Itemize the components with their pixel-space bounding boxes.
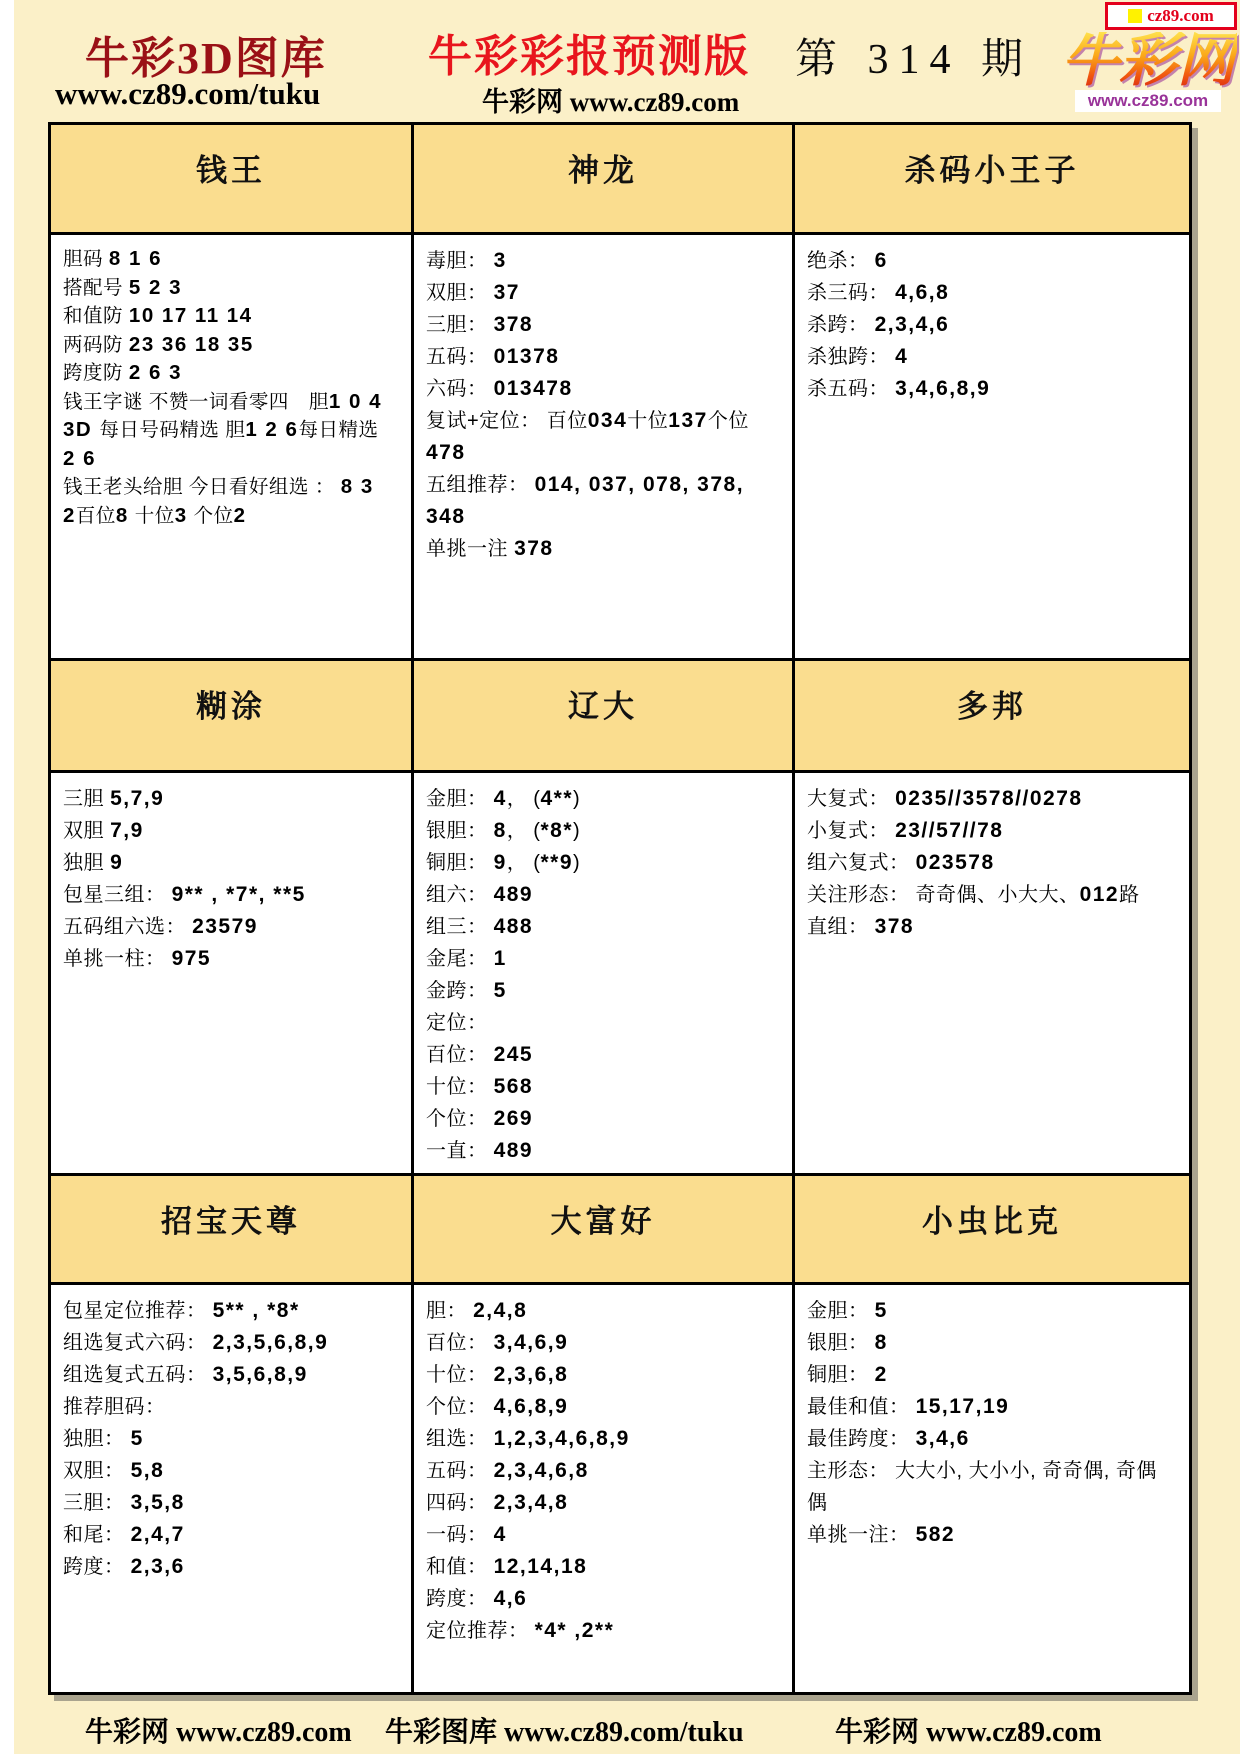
badge-text: cz89.com — [1147, 6, 1214, 26]
prediction-line: 双胆： 5,8 — [63, 1455, 387, 1487]
prediction-line: 十位： 568 — [426, 1071, 768, 1103]
prediction-line: 直组： 378 — [807, 911, 1165, 943]
prediction-line: 最佳和值： 15,17,19 — [807, 1391, 1165, 1423]
prediction-line: 单挑一注 378 — [426, 533, 768, 565]
prediction-line: 金胆： 4， (4**) — [426, 783, 768, 815]
prediction-line: 包星三组： 9** , *7*, **5 — [63, 879, 387, 911]
yellow-square-icon — [1128, 9, 1142, 23]
tuku-url: www.cz89.com/tuku — [55, 76, 320, 112]
prediction-line: 组三： 488 — [426, 911, 768, 943]
panel-zhaobao-tianzun-content: 包星定位推荐： 5** , *8*组选复式六码： 2,3,5,6,8,9组选复式… — [51, 1285, 414, 1692]
prediction-line: 双胆 7,9 — [63, 815, 387, 847]
panel-qianwang-content: 胆码 8 1 6搭配号 5 2 3和值防 10 17 11 14两码防 23 3… — [51, 235, 414, 661]
prediction-line: 包星定位推荐： 5** , *8* — [63, 1295, 387, 1327]
prediction-line: 铜胆： 9， (**9) — [426, 847, 768, 879]
cz89-badge: cz89.com — [1105, 2, 1237, 30]
panel-duobang-content: 大复式： 0235//3578//0278小复式： 23//57//78组六复式… — [795, 773, 1189, 1176]
prediction-line: 大复式： 0235//3578//0278 — [807, 783, 1165, 815]
panel-zhaobao-tianzun-header: 招宝天尊 — [51, 1176, 414, 1285]
panel-duobang-header: 多邦 — [795, 661, 1189, 773]
prediction-line: 毒胆： 3 — [426, 245, 768, 277]
prediction-line: 复试+定位： 百位034十位137个位478 — [426, 405, 768, 469]
prediction-line: 五码： 01378 — [426, 341, 768, 373]
brand-logo-url: www.cz89.com — [1075, 90, 1221, 112]
panel-shenlong-content: 毒胆： 3双胆： 37三胆： 378五码： 01378六码： 013478复试+… — [414, 235, 795, 661]
prediction-line: 三胆： 378 — [426, 309, 768, 341]
issue-number: 第 314 期 — [795, 26, 1033, 86]
prediction-line: 金跨： 5 — [426, 975, 768, 1007]
prediction-line: 三胆： 3,5,8 — [63, 1487, 387, 1519]
prediction-line: 五码组六选： 23579 — [63, 911, 387, 943]
prediction-line: 双胆： 37 — [426, 277, 768, 309]
prediction-line: 银胆： 8， (*8*) — [426, 815, 768, 847]
prediction-line: 一码： 4 — [426, 1519, 768, 1551]
page-left-margin — [0, 0, 14, 1754]
prediction-line: 独胆 9 — [63, 847, 387, 879]
panel-shama-xiaowangzi-content: 绝杀： 6杀三码： 4,6,8杀跨： 2,3,4,6杀独跨： 4杀五码： 3,4… — [795, 235, 1189, 661]
prediction-line: 跨度防 2 6 3 — [63, 359, 387, 388]
prediction-line: 组选复式五码： 3,5,6,8,9 — [63, 1359, 387, 1391]
prediction-line: 银胆： 8 — [807, 1327, 1165, 1359]
panel-shenlong-header: 神龙 — [414, 125, 795, 235]
lottery-bulletin-page: 牛彩3D图库 牛彩彩报预测版 第 314 期 www.cz89.com/tuku… — [0, 0, 1240, 1754]
prediction-line: 杀三码： 4,6,8 — [807, 277, 1165, 309]
edition-title: 牛彩彩报预测版 — [428, 20, 750, 84]
prediction-line: 十位： 2,3,6,8 — [426, 1359, 768, 1391]
prediction-line: 杀独跨： 4 — [807, 341, 1165, 373]
prediction-line: 五组推荐： 014, 037, 078, 378, 348 — [426, 469, 768, 533]
prediction-line: 单挑一注： 582 — [807, 1519, 1165, 1551]
panel-dafuhao-content: 胆： 2,4,8百位： 3,4,6,9十位： 2,3,6,8个位： 4,6,8,… — [414, 1285, 795, 1692]
prediction-line: 两码防 23 36 18 35 — [63, 331, 387, 360]
prediction-line: 杀五码： 3,4,6,8,9 — [807, 373, 1165, 405]
site-logo: cz89.com 牛彩网 www.cz89.com — [1059, 2, 1237, 112]
prediction-line: 推荐胆码： — [63, 1391, 387, 1423]
footer-left: 牛彩网 www.cz89.com — [85, 1710, 352, 1750]
prediction-line: 组选复式六码： 2,3,5,6,8,9 — [63, 1327, 387, 1359]
panel-dafuhao-header: 大富好 — [414, 1176, 795, 1285]
prediction-line: 和尾： 2,4,7 — [63, 1519, 387, 1551]
prediction-line: 金胆： 5 — [807, 1295, 1165, 1327]
prediction-line: 三胆 5,7,9 — [63, 783, 387, 815]
brand-logo-text: 牛彩网 — [1059, 32, 1237, 90]
footer-right: 牛彩网 www.cz89.com — [835, 1710, 1102, 1750]
panel-qianwang-header: 钱王 — [51, 125, 414, 235]
panel-xiaochong-bike-header: 小虫比克 — [795, 1176, 1189, 1285]
prediction-line: 和值防 10 17 11 14 — [63, 302, 387, 331]
prediction-line: 绝杀： 6 — [807, 245, 1165, 277]
prediction-line: 个位： 269 — [426, 1103, 768, 1135]
prediction-line: 小复式： 23//57//78 — [807, 815, 1165, 847]
footer-center: 牛彩图库 www.cz89.com/tuku — [385, 1710, 744, 1750]
prediction-line: 胆码 8 1 6 — [63, 245, 387, 274]
prediction-line: 单挑一柱： 975 — [63, 943, 387, 975]
prediction-line: 铜胆： 2 — [807, 1359, 1165, 1391]
prediction-line: 一直： 489 — [426, 1135, 768, 1167]
prediction-line: 3D 每日号码精选 胆1 2 6每日精选 2 6 — [63, 416, 387, 473]
panel-hutu-content: 三胆 5,7,9双胆 7,9独胆 9包星三组： 9** , *7*, **5五码… — [51, 773, 414, 1176]
prediction-line: 钱王老头给胆 今日看好组选 ： 8 3 2百位8 十位3 个位2 — [63, 473, 387, 530]
prediction-line: 搭配号 5 2 3 — [63, 274, 387, 303]
prediction-line: 胆： 2,4,8 — [426, 1295, 768, 1327]
prediction-line: 杀跨： 2,3,4,6 — [807, 309, 1165, 341]
panel-liaoda-content: 金胆： 4， (4**)银胆： 8， (*8*)铜胆： 9， (**9)组六： … — [414, 773, 795, 1176]
prediction-line: 百位： 3,4,6,9 — [426, 1327, 768, 1359]
prediction-line: 组选： 1,2,3,4,6,8,9 — [426, 1423, 768, 1455]
prediction-line: 独胆： 5 — [63, 1423, 387, 1455]
prediction-line: 组六： 489 — [426, 879, 768, 911]
panel-shama-xiaowangzi-header: 杀码小王子 — [795, 125, 1189, 235]
prediction-line: 主形态： 大大小, 大小小, 奇奇偶, 奇偶偶 — [807, 1455, 1165, 1519]
prediction-line: 钱王字谜 不赞一词看零四 胆1 0 4 — [63, 388, 387, 417]
page-footer: 牛彩网 www.cz89.com 牛彩图库 www.cz89.com/tuku … — [0, 1702, 1240, 1752]
site-url: 牛彩网 www.cz89.com — [482, 80, 739, 119]
prediction-line: 六码： 013478 — [426, 373, 768, 405]
prediction-board: 钱王神龙杀码小王子胆码 8 1 6搭配号 5 2 3和值防 10 17 11 1… — [48, 122, 1192, 1695]
prediction-line: 跨度： 2,3,6 — [63, 1551, 387, 1583]
panel-hutu-header: 糊涂 — [51, 661, 414, 773]
prediction-line: 最佳跨度： 3,4,6 — [807, 1423, 1165, 1455]
prediction-line: 金尾： 1 — [426, 943, 768, 975]
prediction-line: 和值： 12,14,18 — [426, 1551, 768, 1583]
prediction-line: 五码： 2,3,4,6,8 — [426, 1455, 768, 1487]
panel-xiaochong-bike-content: 金胆： 5银胆： 8铜胆： 2最佳和值： 15,17,19最佳跨度： 3,4,6… — [795, 1285, 1189, 1692]
prediction-line: 关注形态： 奇奇偶、小大大、012路 — [807, 879, 1165, 911]
prediction-line: 定位推荐： *4* ,2** — [426, 1615, 768, 1647]
prediction-line: 跨度： 4,6 — [426, 1583, 768, 1615]
prediction-line: 定位： — [426, 1007, 768, 1039]
panel-liaoda-header: 辽大 — [414, 661, 795, 773]
prediction-line: 百位： 245 — [426, 1039, 768, 1071]
prediction-line: 四码： 2,3,4,8 — [426, 1487, 768, 1519]
prediction-line: 个位： 4,6,8,9 — [426, 1391, 768, 1423]
prediction-line: 组六复式： 023578 — [807, 847, 1165, 879]
